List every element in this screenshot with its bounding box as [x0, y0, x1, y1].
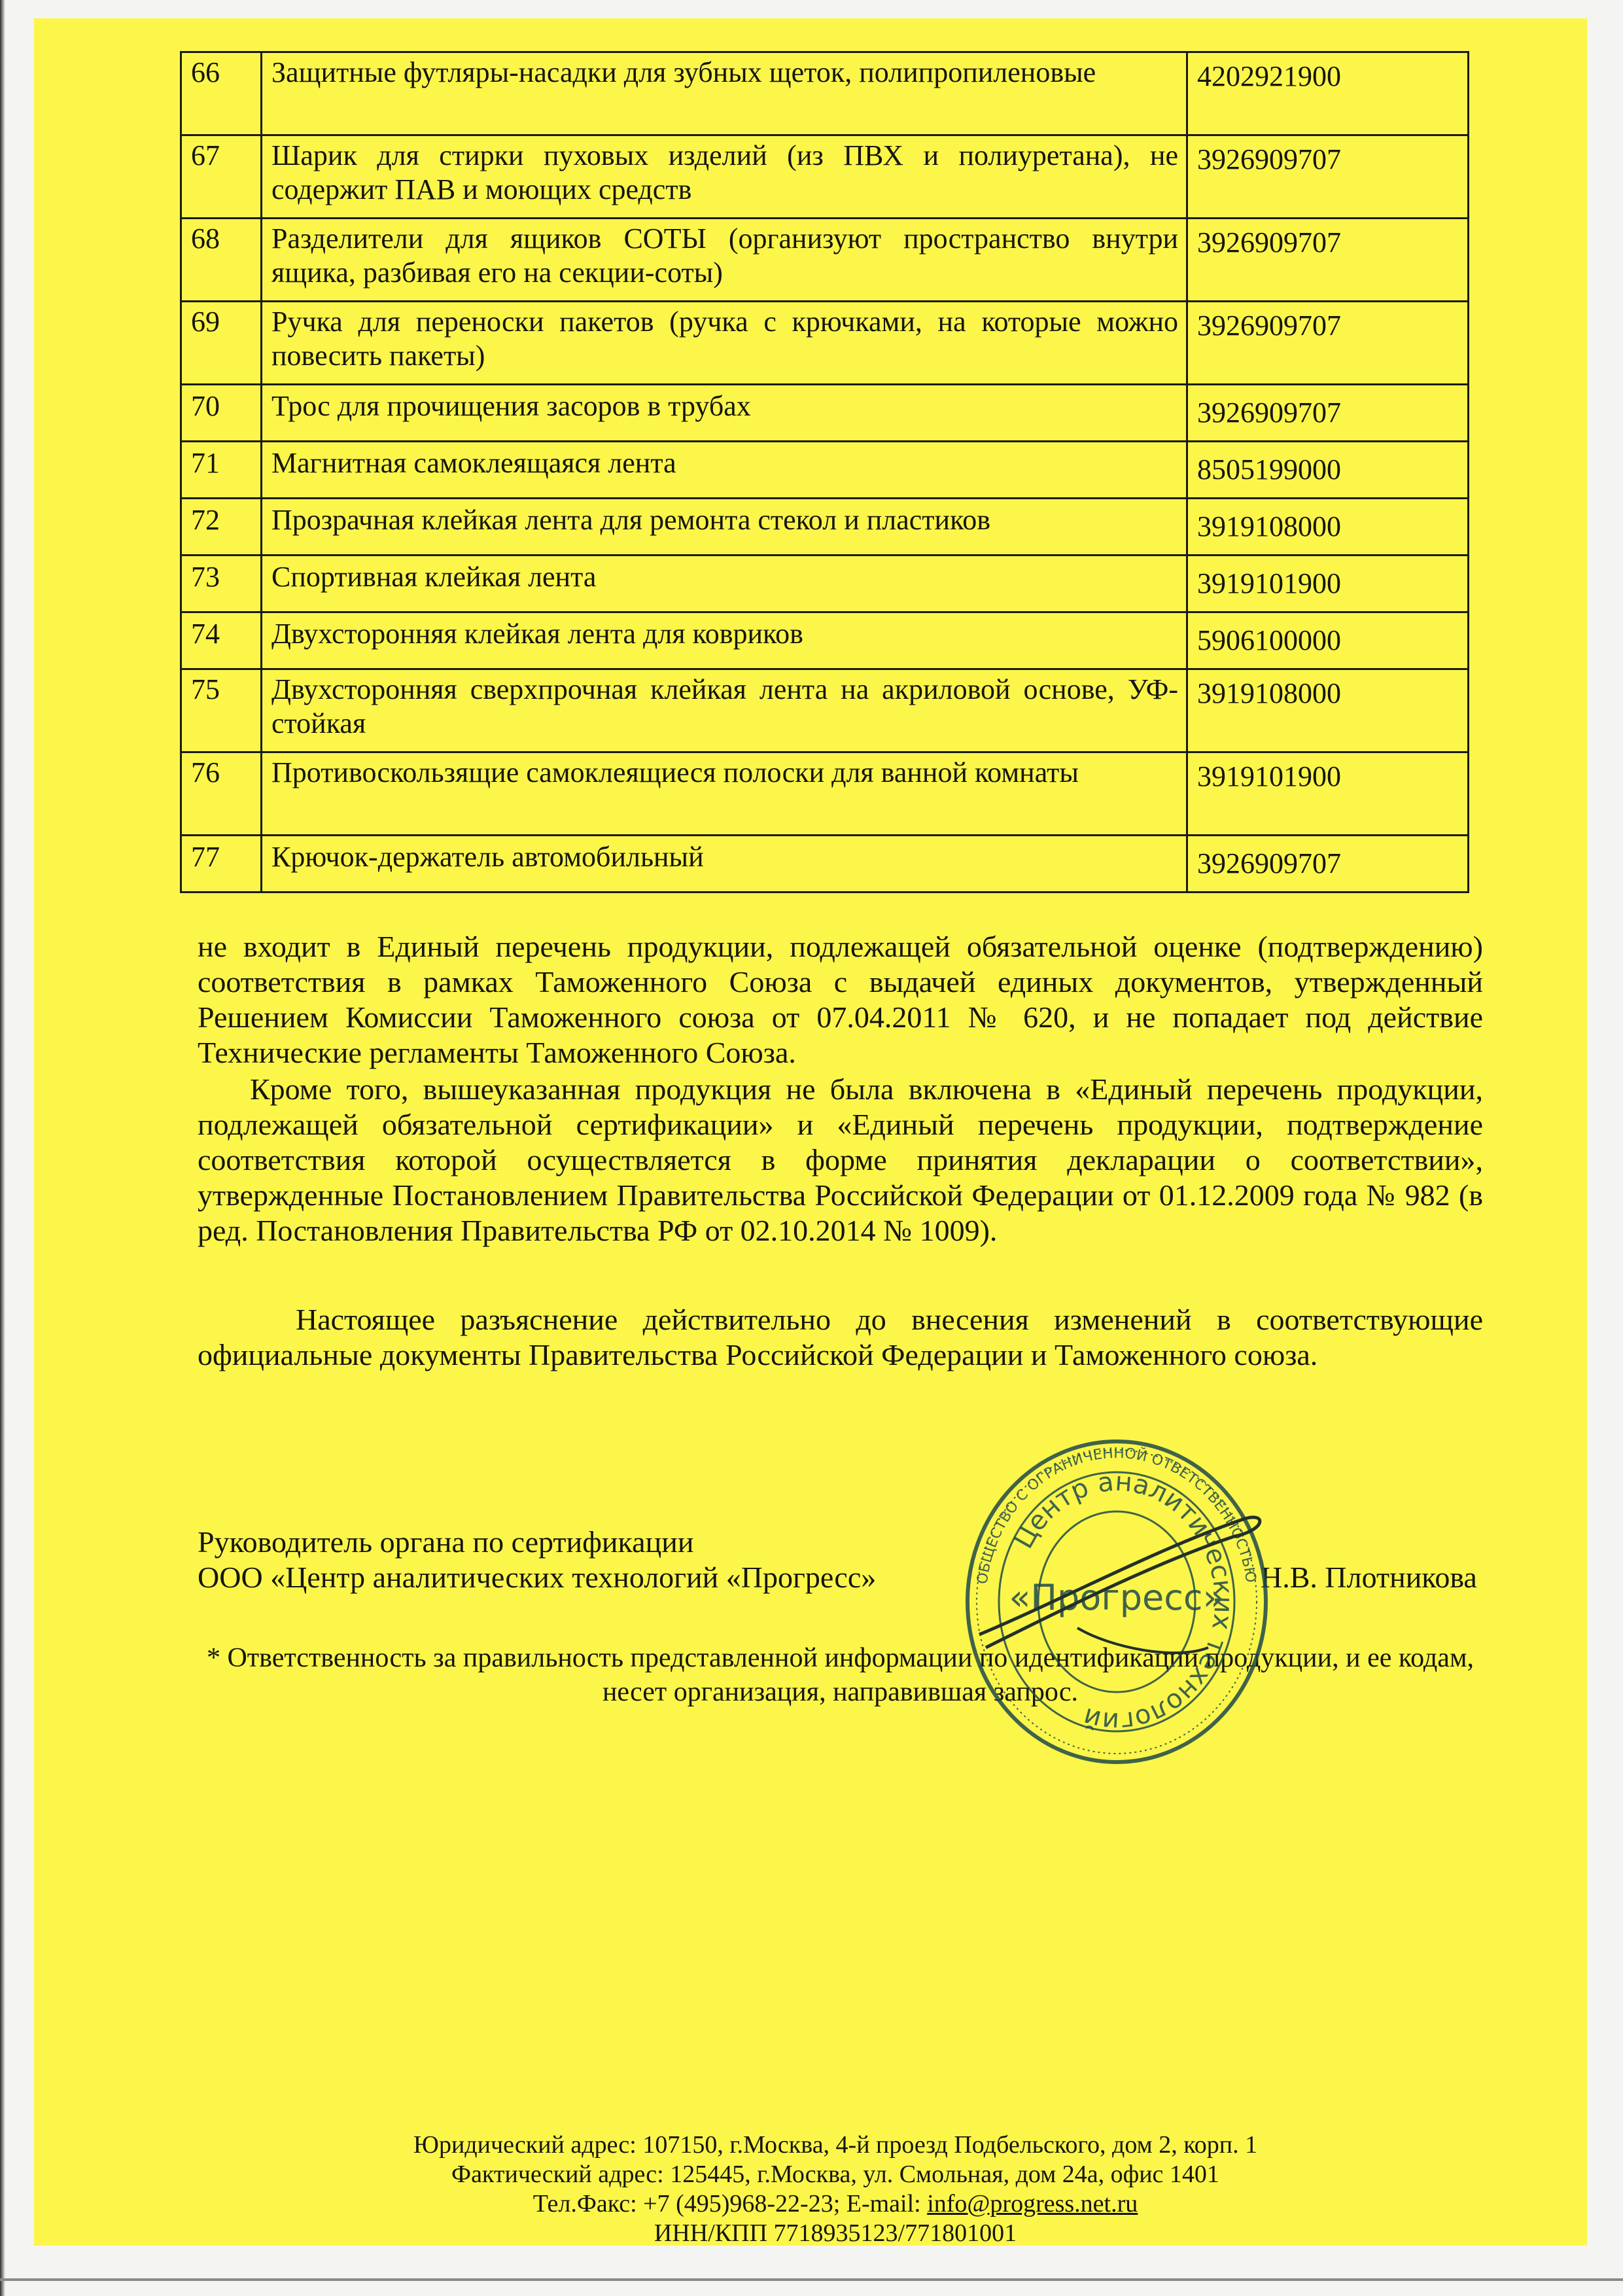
table-row: 77Крючок-держатель автомобильный39269097… [181, 836, 1469, 892]
table-row: 68Разделители для ящиков СОТЫ (организую… [181, 219, 1469, 302]
signatory-organization: ООО «Центр аналитических технологий «Про… [198, 1560, 876, 1595]
table-row: 74Двухсторонняя клейкая лента для коврик… [181, 612, 1469, 669]
tnved-code: 3926909707 [1187, 219, 1469, 302]
svg-text:ОБЩЕСТВО С ОГРАНИЧЕННОЙ ОТВЕТС: ОБЩЕСТВО С ОГРАНИЧЕННОЙ ОТВЕТСТВЕННОСТЬЮ [974, 1445, 1259, 1585]
table-row: 76Противоскользящие самоклеящиеся полоск… [181, 752, 1469, 836]
tnved-code: 3919108000 [1187, 499, 1469, 556]
product-codes-table: 66Защитные футляры-насадки для зубных ще… [180, 51, 1469, 893]
scan-edge-shadow [0, 0, 5, 2296]
row-number: 77 [181, 836, 262, 892]
product-description: Защитные футляры-насадки для зубных щето… [262, 52, 1187, 135]
product-description: Двухсторонняя клейкая лента для ковриков [262, 612, 1187, 669]
row-number: 66 [181, 52, 262, 135]
company-seal-stamp-icon: ОБЩЕСТВО С ОГРАНИЧЕННОЙ ОТВЕТСТВЕННОСТЬЮ… [960, 1438, 1274, 1765]
tnved-code: 3919101900 [1187, 556, 1469, 612]
email-link[interactable]: info@progress.net.ru [927, 2190, 1138, 2217]
tnved-code: 3926909707 [1187, 385, 1469, 442]
table-row: 72Прозрачная клейкая лента для ремонта с… [181, 499, 1469, 556]
signatory-title: Руководитель органа по сертификации [198, 1525, 693, 1560]
table-row: 67Шарик для стирки пуховых изделий (из П… [181, 135, 1469, 219]
row-number: 67 [181, 135, 262, 219]
row-number: 72 [181, 499, 262, 556]
table-row: 71Магнитная самоклеящаяся лента850519900… [181, 442, 1469, 499]
product-description: Магнитная самоклеящаяся лента [262, 442, 1187, 499]
tnved-code: 3926909707 [1187, 302, 1469, 385]
paragraph-not-in-unified-list: не входит в Единый перечень продукции, п… [198, 929, 1483, 1070]
tnved-code: 4202921900 [1187, 52, 1469, 135]
tnved-code: 3926909707 [1187, 135, 1469, 219]
paragraph-validity: Настоящее разъяснение действительно до в… [198, 1302, 1483, 1373]
responsibility-footnote: * Ответственность за правильность предст… [198, 1641, 1483, 1709]
product-description: Крючок-держатель автомобильный [262, 836, 1187, 892]
company-footer: Юридический адрес: 107150, г.Москва, 4-й… [230, 2130, 1440, 2248]
scan-edge-line [0, 2278, 1623, 2281]
product-description: Ручка для переноски пакетов (ручка с крю… [262, 302, 1187, 385]
signatory-name: Н.В. Плотникова [1261, 1560, 1477, 1595]
product-description: Прозрачная клейкая лента для ремонта сте… [262, 499, 1187, 556]
row-number: 73 [181, 556, 262, 612]
table-row: 73Спортивная клейкая лента3919101900 [181, 556, 1469, 612]
table-row: 75Двухсторонняя сверхпрочная клейкая лен… [181, 669, 1469, 752]
table-row: 69Ручка для переноски пакетов (ручка с к… [181, 302, 1469, 385]
product-description: Двухсторонняя сверхпрочная клейкая лента… [262, 669, 1187, 752]
product-description: Противоскользящие самоклеящиеся полоски … [262, 752, 1187, 836]
tnved-code: 5906100000 [1187, 612, 1469, 669]
svg-text:«Прогресс»: «Прогресс» [1009, 1577, 1224, 1618]
legal-address: Юридический адрес: 107150, г.Москва, 4-й… [230, 2130, 1440, 2160]
product-description: Разделители для ящиков СОТЫ (организуют … [262, 219, 1187, 302]
product-description: Трос для прочищения засоров в трубах [262, 385, 1187, 442]
row-number: 71 [181, 442, 262, 499]
tnved-code: 3919108000 [1187, 669, 1469, 752]
paragraph-additionally: Кроме того, вышеуказанная продукция не б… [198, 1072, 1483, 1248]
contact-line: Тел.Факс: +7 (495)968-22-23; E-mail: inf… [230, 2189, 1440, 2219]
table-row: 70Трос для прочищения засоров в трубах39… [181, 385, 1469, 442]
inn-kpp: ИНН/КПП 7718935123/771801001 [230, 2219, 1440, 2248]
tnved-code: 3919101900 [1187, 752, 1469, 836]
row-number: 75 [181, 669, 262, 752]
product-description: Спортивная клейкая лента [262, 556, 1187, 612]
row-number: 74 [181, 612, 262, 669]
tnved-code: 3926909707 [1187, 836, 1469, 892]
actual-address: Фактический адрес: 125445, г.Москва, ул.… [230, 2160, 1440, 2189]
row-number: 68 [181, 219, 262, 302]
row-number: 76 [181, 752, 262, 836]
product-description: Шарик для стирки пуховых изделий (из ПВХ… [262, 135, 1187, 219]
phone-fax: Тел.Факс: +7 (495)968-22-23; E-mail: [533, 2190, 928, 2217]
row-number: 69 [181, 302, 262, 385]
tnved-code: 8505199000 [1187, 442, 1469, 499]
signature-stroke [979, 1517, 1260, 1648]
document-page: 66Защитные футляры-насадки для зубных ще… [34, 18, 1587, 2246]
row-number: 70 [181, 385, 262, 442]
table-row: 66Защитные футляры-насадки для зубных ще… [181, 52, 1469, 135]
